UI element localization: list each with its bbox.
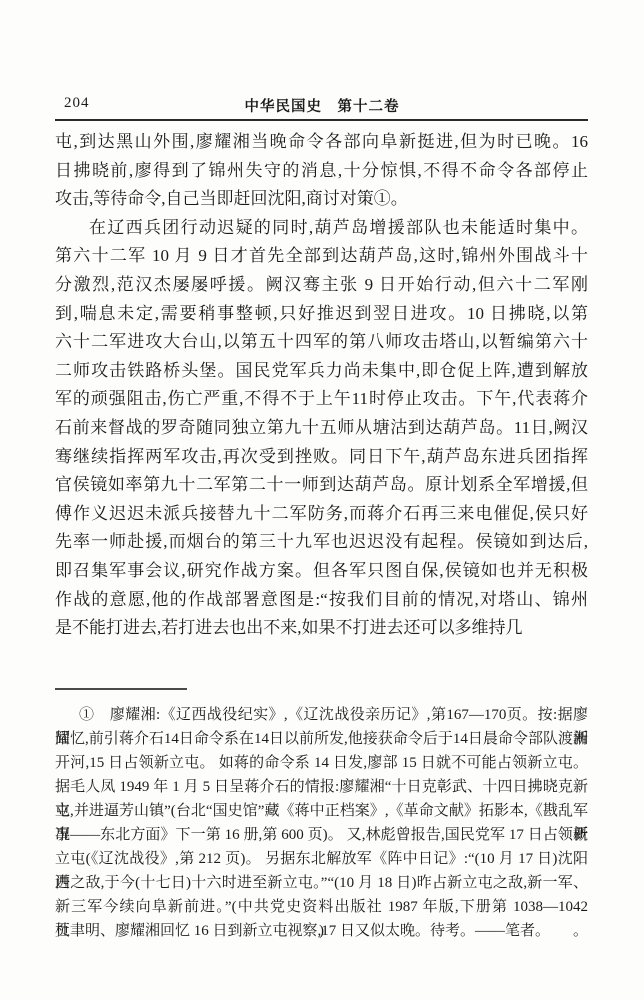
footnote-line: 新三军今续向阜新前进。”(中共党史资料出版社 1987 年版,下册第 1038—… [55, 895, 588, 919]
body-line: 官侯镜如率第九十二军第二十一师到达葫芦岛。原计划系全军增援,但 [55, 471, 588, 500]
footnotes: ① 廖耀湘:《辽西战役纪实》,《辽沈战役亲历记》,第167—170页。按:据廖耀… [55, 703, 588, 943]
footnote-line: 况——东北方面》下一第 16 册,第 600 页)。 又,林彪曾报告,国民党军 … [55, 823, 588, 847]
body-line: 骞继续指挥两军攻击,再次受到挫败。同日下午,葫芦岛东进兵团指挥 [55, 443, 588, 472]
footnote-line: ① 廖耀湘:《辽西战役纪实》,《辽沈战役亲历记》,第167—170页。按:据廖耀… [55, 703, 588, 727]
footnote-line: 杜聿明、廖耀湘回忆 16 日到新立屯视察,17 日又似太晚。待考。——笔者。 [55, 919, 588, 943]
body-line: 二师攻击铁路桥头堡。国民党军兵力尚未集中,即仓促上阵,遭到解放 [55, 357, 588, 386]
body-line: 分激烈,范汉杰屡屡呼援。阙汉骞主张 9 日开始行动,但六十二军刚 [55, 271, 588, 300]
body-line: 作战的意愿,他的作战部署意图是:“按我们目前的情况,对塔山、锦州 [55, 586, 588, 615]
body-line: 军的顽强阻击,伤亡严重,不得不于上午11时停止攻击。下午,代表蒋介 [55, 385, 588, 414]
book-page: 204 中华民国史 第十二卷 屯,到达黑山外围,廖耀湘当晚命令各部向阜新挺进,但… [0, 0, 644, 1000]
body-line: 即召集军事会议,研究作战方案。但各军只图自保,侯镜如也并无积极 [55, 557, 588, 586]
header-rule [55, 119, 588, 121]
footnote-separator [55, 688, 187, 690]
body-line: 第六十二军 10 月 9 日才首先全部到达葫芦岛,这时,锦州外围战斗十 [55, 242, 588, 271]
footnote-line: 开河,15 日占领新立屯。 如蒋的命令系 14 日发,廖部 15 日就不可能占领… [55, 751, 588, 775]
page-header: 204 中华民国史 第十二卷 [0, 95, 644, 117]
body-line: 六十二军进攻大台山,以第五十四军的第八师攻击塔山,以暂编第六十 [55, 328, 588, 357]
body-line: 先率一师赴援,而烟台的第三十九军也迟迟没有起程。侯镜如到达后, [55, 528, 588, 557]
footnote-line: 屯,并进逼芳山镇”(台北“国史馆”藏《蒋中正档案》,《革命文献》拓影本,《戡乱军… [55, 799, 588, 823]
body-line: 在辽西兵团行动迟疑的同时,葫芦岛增援部队也未能适时集中。 [55, 214, 588, 243]
running-title: 中华民国史 第十二卷 [0, 95, 644, 116]
body-line: 傅作义迟迟未派兵接替九十二军防务,而蒋介石再三来电催促,侯只好 [55, 500, 588, 529]
body-line: 攻击,等待命令,自己当即赶回沈阳,商讨对策①。 [55, 185, 588, 214]
body-line: 屯,到达黑山外围,廖耀湘当晚命令各部向阜新挺进,但为时已晚。16 [55, 128, 588, 157]
body-text: 屯,到达黑山外围,廖耀湘当晚命令各部向阜新挺进,但为时已晚。16日拂晓前,廖得到… [55, 128, 588, 643]
footnote-line: 据毛人凤 1949 年 1 月 5 日呈蒋介石的情报:廖耀湘“十日克彰武、十四日… [55, 775, 588, 799]
body-line: 日拂晓前,廖得到了锦州失守的消息,十分惊惧,不得不命令各部停止 [55, 157, 588, 186]
body-line: 是不能打进去,若打进去也出不来,如果不打进去还可以多维持几 [55, 614, 588, 643]
footnote-line: 立屯(《辽沈战役》,第 212 页)。 另据东北解放军《阵中日记》:“(10 月… [55, 847, 588, 871]
footnote-line: 进之敌,于今(十七日)十六时进至新立屯。”“(10 月 18 日)昨占新立屯之敌… [55, 871, 588, 895]
footnote-line: 回忆,前引蒋介石14日命令系在14日以前所发,他接获命令后于14日晨命令部队渡新 [55, 727, 588, 751]
body-line: 到,喘息未定,需要稍事整顿,只好推迟到翌日进攻。10 日拂晓,以第 [55, 300, 588, 329]
body-line: 石前来督战的罗奇随同独立第九十五师从塘沽到达葫芦岛。11日,阙汉 [55, 414, 588, 443]
